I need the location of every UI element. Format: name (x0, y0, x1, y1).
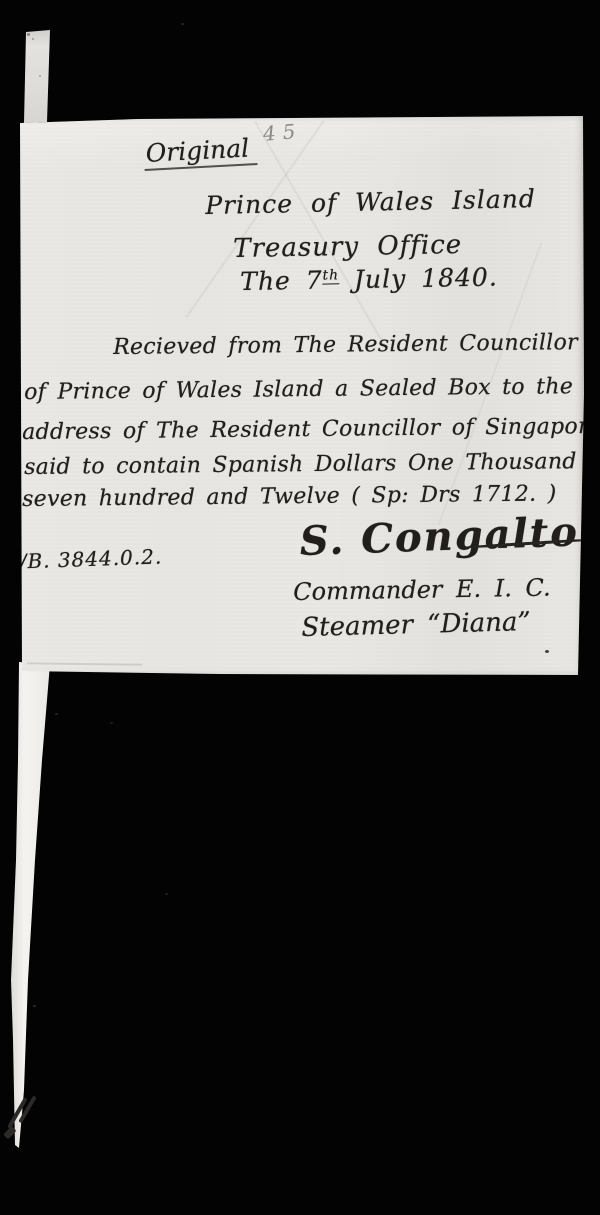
body-text-line: address of The Resident Councillor of Si… (22, 414, 600, 445)
letterhead-date: The 7th July 1840. (240, 263, 498, 296)
scanned-page: 45 Original Prince of Wales Island Treas… (0, 0, 600, 1215)
body-text-line: seven hundred and Twelve ( Sp: Drs 1712.… (22, 481, 557, 512)
paper-fold-seam (27, 662, 142, 666)
signature-name: S. Congalton (299, 507, 600, 565)
letterhead-office: Treasury Office (233, 230, 462, 264)
body-text-line: of Prince of Wales Island a Sealed Box t… (24, 374, 573, 405)
paper-speck (27, 33, 30, 36)
body-text-line: said to contain Spanish Dollars One Thou… (24, 449, 577, 480)
original-label: Original (143, 133, 258, 171)
dust-speck (55, 713, 58, 715)
signature-title: Commander E. I. C. (293, 574, 551, 606)
letterhead-date-ordinal: th (322, 267, 339, 284)
document-page: 45 Original Prince of Wales Island Treas… (19, 114, 584, 677)
ink-dot (545, 650, 549, 653)
pencil-folio-number: 45 (262, 119, 303, 146)
body-text-line: Recieved from The Resident Councillor (113, 330, 578, 360)
dust-speck (110, 722, 113, 724)
binding-strip-bottom (8, 656, 54, 1156)
reference-number: C/B. 3844.0.2. (3, 544, 163, 574)
dust-speck (33, 1005, 36, 1007)
ink-mark (2, 1091, 40, 1148)
letterhead-place: Prince of Wales Island (205, 184, 536, 220)
dust-speck (165, 893, 168, 895)
paper-speck (39, 75, 41, 77)
letterhead-date-part: July 1840. (339, 263, 498, 295)
binding-tab-top (22, 29, 52, 123)
paper-speck (32, 38, 34, 40)
ink-stroke (3, 1126, 16, 1139)
letterhead-date-part: The 7 (240, 266, 323, 296)
signature-vessel: Steamer “Diana” (301, 607, 531, 643)
dust-speck (181, 23, 184, 25)
